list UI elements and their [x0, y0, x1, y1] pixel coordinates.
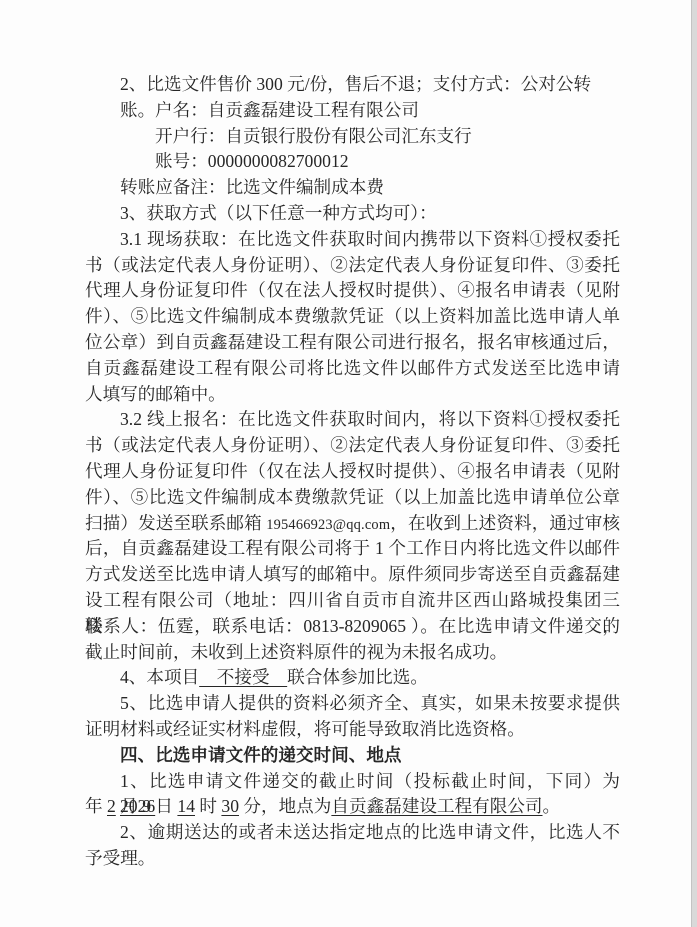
text-segment: 开户行：自贡银行股份有限公司汇东支行 — [155, 126, 472, 146]
doc-line-12: 自贡鑫磊建设工程有限公司将比选文件以邮件方式发送至比选申请 — [85, 356, 620, 382]
text-segment: 书（或法定代表人身份证明）、②法定代表人身份证复印件、③委托 — [85, 255, 620, 275]
doc-line-19: 后，自贡鑫磊建设工程有限公司将于 1 个工作日内将比选文件以邮件 — [85, 536, 620, 562]
doc-line-9: 代理人身份证复印件（仅在法人授权时提供）、④报名申请表（见附 — [85, 278, 620, 304]
text-segment: 月 — [116, 796, 142, 816]
doc-line-25: 5、比选申请人提供的资料必须齐全、真实，如果未按要求提供 — [85, 691, 620, 717]
text-segment: 自贡鑫磊建设工程有限公司将比选文件以邮件方式发送至比选申请 — [85, 358, 620, 378]
scan-edge-shadow — [691, 0, 697, 927]
text-segment: 件）、⑤比选文件编制成本费缴款凭证（以上加盖比选申请单位公章 — [85, 487, 620, 507]
doc-line-24: 4、本项目 不接受 联合体参加比选。 — [85, 665, 620, 691]
doc-line-31: 予受理。 — [85, 846, 620, 872]
doc-line-30: 2、逾期送达的或者未送达指定地点的比选申请文件，比选人不 — [85, 820, 620, 846]
doc-line-7: 3.1 现场获取：在比选文件获取时间内携带以下资料①授权委托 — [85, 227, 620, 253]
text-segment: 3.1 现场获取：在比选文件获取时间内携带以下资料①授权委托 — [120, 229, 620, 249]
text-segment: 5、比选申请人提供的资料必须齐全、真实，如果未按要求提供 — [120, 693, 620, 713]
text-segment: 代理人身份证复印件（仅在法人授权时提供）、④报名申请表（见附 — [85, 280, 620, 300]
text-segment: 3、获取方式（以下任意一种方式均可）： — [120, 203, 437, 223]
doc-line-27: 四、比选申请文件的递交时间、地点 — [85, 743, 620, 769]
doc-line-5: 转账应备注：比选文件编制成本费 — [85, 175, 620, 201]
text-segment: 代理人身份证复印件（仅在法人授权时提供）、④报名申请表（见附 — [85, 461, 620, 481]
underlined-text: 9 — [142, 796, 151, 816]
doc-line-21: 设工程有限公司（地址：四川省自贡市自流井区西山路城投集团三楼， — [85, 588, 620, 614]
doc-line-6: 3、获取方式（以下任意一种方式均可）： — [85, 201, 620, 227]
text-segment: 四、比选申请文件的递交时间、地点 — [120, 745, 402, 765]
text-segment: 2、逾期送达的或者未送达指定地点的比选申请文件，比选人不 — [120, 822, 620, 842]
doc-line-1: 2、比选文件售价 300 元/份，售后不退；支付方式：公对公转账。 — [85, 72, 620, 98]
text-segment: 195466923@qq.com — [266, 517, 390, 533]
text-segment: 户名：自贡鑫磊建设工程有限公司 — [155, 100, 419, 120]
text-segment: 年 — [85, 796, 107, 816]
doc-line-29: 年 2 月 9 日 14 时 30 分，地点为自贡鑫磊建设工程有限公司。 — [85, 794, 620, 820]
text-segment: 联系人：伍霆，联系电话：0813-8209065 ）。在比选申请文件递交的 — [85, 616, 620, 636]
text-segment: 后，自贡鑫磊建设工程有限公司将于 1 个工作日内将比选文件以邮件 — [85, 538, 620, 558]
doc-line-4: 账号：0000000082700012 — [85, 149, 620, 175]
text-segment: 日 — [151, 796, 177, 816]
doc-line-10: 件）、⑤比选文件编制成本费缴款凭证（以上资料加盖比选申请人单 — [85, 304, 620, 330]
text-segment: 方式发送至比选申请人填写的邮箱中。原件须同步寄送至自贡鑫磊建 — [85, 564, 620, 584]
doc-line-28: 1、比选申请文件递交的截止时间（投标截止时间，下同）为 2026 — [85, 769, 620, 795]
doc-line-2: 户名：自贡鑫磊建设工程有限公司 — [85, 98, 620, 124]
underlined-text: 2 — [107, 796, 116, 816]
underlined-text: 14 — [177, 796, 195, 816]
text-segment: 3.2 线上报名：在比选文件获取时间内，将以下资料①授权委托 — [120, 409, 620, 429]
text-segment: 1、比选申请文件递交的截止时间（投标截止时间，下同）为 — [120, 771, 624, 791]
text-segment: 。 — [543, 796, 561, 816]
text-segment: 件）、⑤比选文件编制成本费缴款凭证（以上资料加盖比选申请人单 — [85, 306, 620, 326]
text-segment: 4、本项目 — [120, 667, 199, 687]
doc-line-13: 人填写的邮箱中。 — [85, 382, 620, 408]
text-segment: 扫描）发送至联系邮箱 — [85, 513, 266, 533]
text-segment: 分，地点为 — [239, 796, 331, 816]
text-segment: 截止时间前，未收到上述资料原件的视为未报名成功。 — [85, 642, 507, 662]
doc-line-17: 件）、⑤比选文件编制成本费缴款凭证（以上加盖比选申请单位公章 — [85, 485, 620, 511]
text-segment: 转账应备注：比选文件编制成本费 — [120, 177, 384, 197]
doc-line-22: 联系人：伍霆，联系电话：0813-8209065 ）。在比选申请文件递交的 — [85, 614, 620, 640]
text-segment: 位公章）到自贡鑫磊建设工程有限公司进行报名，报名审核通过后， — [85, 332, 620, 352]
doc-line-23: 截止时间前，未收到上述资料原件的视为未报名成功。 — [85, 640, 620, 666]
doc-line-8: 书（或法定代表人身份证明）、②法定代表人身份证复印件、③委托 — [85, 253, 620, 279]
text-segment: 联合体参加比选。 — [287, 667, 428, 687]
scanned-document-page: 2、比选文件售价 300 元/份，售后不退；支付方式：公对公转账。户名：自贡鑫磊… — [0, 0, 697, 927]
doc-line-14: 3.2 线上报名：在比选文件获取时间内，将以下资料①授权委托 — [85, 407, 620, 433]
doc-line-11: 位公章）到自贡鑫磊建设工程有限公司进行报名，报名审核通过后， — [85, 330, 620, 356]
document-text-block: 2、比选文件售价 300 元/份，售后不退；支付方式：公对公转账。户名：自贡鑫磊… — [85, 72, 620, 872]
doc-line-15: 书（或法定代表人身份证明）、②法定代表人身份证复印件、③委托 — [85, 433, 620, 459]
text-segment: 书（或法定代表人身份证明）、②法定代表人身份证复印件、③委托 — [85, 435, 620, 455]
underlined-text: 30 — [221, 796, 239, 816]
text-segment: 账号：0000000082700012 — [155, 151, 349, 171]
text-segment: 人填写的邮箱中。 — [85, 384, 226, 404]
underlined-text: 自贡鑫磊建设工程有限公司 — [331, 796, 542, 816]
text-segment: 时 — [195, 796, 221, 816]
doc-line-3: 开户行：自贡银行股份有限公司汇东支行 — [85, 124, 620, 150]
text-segment: 证明材料或经证实材料虚假，将可能导致取消比选资格。 — [85, 719, 525, 739]
doc-line-18: 扫描）发送至联系邮箱 195466923@qq.com，在收到上述资料，通过审核 — [85, 511, 620, 537]
doc-line-16: 代理人身份证复印件（仅在法人授权时提供）、④报名申请表（见附 — [85, 459, 620, 485]
underlined-text: 不接受 — [199, 667, 287, 687]
text-segment: ，在收到上述资料，通过审核 — [390, 513, 620, 533]
doc-line-26: 证明材料或经证实材料虚假，将可能导致取消比选资格。 — [85, 717, 620, 743]
text-segment: 予受理。 — [85, 848, 155, 868]
doc-line-20: 方式发送至比选申请人填写的邮箱中。原件须同步寄送至自贡鑫磊建 — [85, 562, 620, 588]
